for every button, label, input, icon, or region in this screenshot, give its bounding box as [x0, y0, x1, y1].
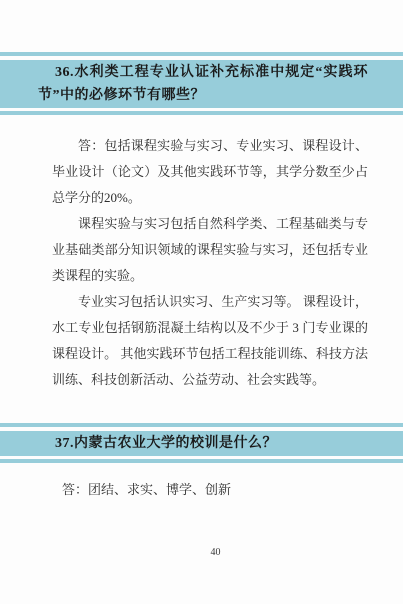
- answer-36-paragraph-3: 专业实习包括认识实习、生产实习等。 课程设计，水工专业包括钢筋混凝土结构以及不少…: [52, 289, 368, 393]
- banner-top-rule: [0, 423, 403, 427]
- answer-36: 答：包括课程实验与实习、专业实习、课程设计、毕业设计（论文）及其他实践环节等，其…: [52, 133, 368, 393]
- banner-top-rule: [0, 52, 403, 56]
- banner-bottom-rule: [0, 111, 403, 115]
- question-37-heading: 37.内蒙古农业大学的校训是什么？: [38, 432, 368, 455]
- banner-bottom-rule: [0, 459, 403, 463]
- qa-section-37: 37.内蒙古农业大学的校训是什么？ 答：团结、求实、博学、创新: [0, 423, 403, 503]
- question-37-banner: 37.内蒙古农业大学的校训是什么？: [0, 423, 403, 463]
- answer-36-paragraph-1: 答：包括课程实验与实习、专业实习、课程设计、毕业设计（论文）及其他实践环节等，其…: [52, 133, 368, 211]
- banner-main-band: 36.水利类工程专业认证补充标准中规定“实践环节”中的必修环节有哪些？: [0, 60, 403, 108]
- answer-36-paragraph-2: 课程实验与实习包括自然科学类、工程基础类与专业基础类部分知识领域的课程实验与实习…: [52, 211, 368, 289]
- question-36-heading: 36.水利类工程专业认证补充标准中规定“实践环节”中的必修环节有哪些？: [38, 61, 368, 107]
- banner-main-band: 37.内蒙古农业大学的校训是什么？: [0, 431, 403, 456]
- question-36-banner: 36.水利类工程专业认证补充标准中规定“实践环节”中的必修环节有哪些？: [0, 52, 403, 115]
- answer-37: 答：团结、求实、博学、创新: [52, 477, 368, 503]
- answer-37-paragraph-1: 答：团结、求实、博学、创新: [52, 477, 368, 503]
- document-page: 36.水利类工程专业认证补充标准中规定“实践环节”中的必修环节有哪些？ 答：包括…: [0, 0, 403, 604]
- page-number: 40: [0, 547, 403, 558]
- qa-section-36: 36.水利类工程专业认证补充标准中规定“实践环节”中的必修环节有哪些？ 答：包括…: [0, 52, 403, 393]
